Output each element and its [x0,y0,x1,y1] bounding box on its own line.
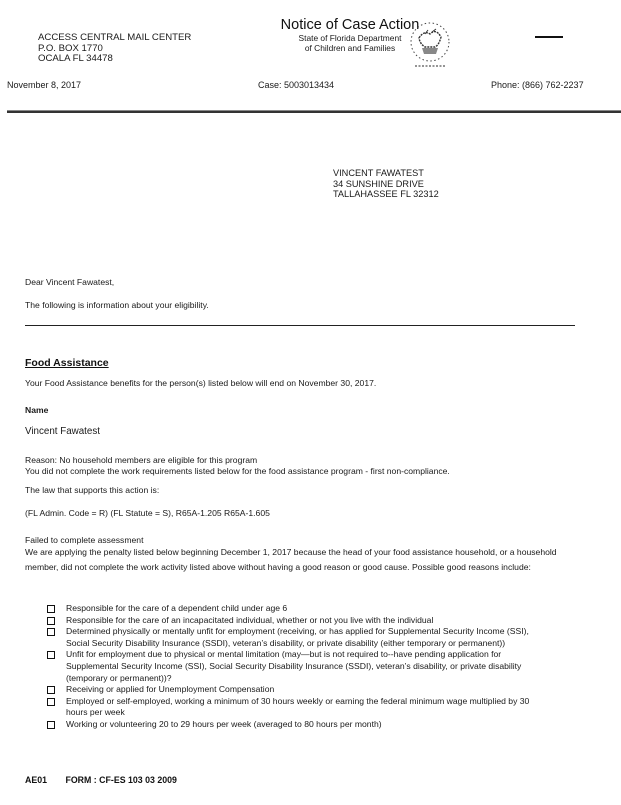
header-divider [7,110,621,113]
good-reasons-list: Responsible for the care of a dependent … [47,603,547,731]
name-label: Name [25,405,48,416]
checkbox-icon [47,698,55,706]
checkbox-icon [47,617,55,625]
recipient-line: TALLAHASSEE FL 32312 [333,189,439,200]
sender-address: ACCESS CENTRAL MAIL CENTER P.O. BOX 1770… [38,33,191,65]
list-item: Responsible for the care of a dependent … [47,603,547,615]
benefit-end-text: Your Food Assistance benefits for the pe… [25,378,376,389]
section-divider [25,325,575,326]
reason-text: Unfit for employment due to physical or … [66,649,521,682]
recipient-line: VINCENT FAWATEST [333,168,439,179]
decorative-dash [535,36,563,38]
reason-text: Receiving or applied for Unemployment Co… [66,684,274,694]
reason-text: Responsible for the care of an incapacit… [66,615,433,625]
state-seal-icon [405,20,455,72]
reason-text: Responsible for the care of a dependent … [66,603,287,613]
list-item: Receiving or applied for Unemployment Co… [47,684,547,696]
reason-text: Employed or self-employed, working a min… [66,696,529,718]
name-value: Vincent Fawatest [25,426,100,437]
sender-line: OCALA FL 34478 [38,54,191,65]
reason-detail: You did not complete the work requiremen… [25,466,450,477]
greeting: Dear Vincent Fawatest, [25,277,114,288]
penalty-text: We are applying the penalty listed below… [25,545,580,575]
recipient-line: 34 SUNSHINE DRIVE [333,179,439,190]
checkbox-icon [47,651,55,659]
list-item: Determined physically or mentally unfit … [47,626,547,649]
footer-code: AE01 [25,775,47,785]
reason-text: Determined physically or mentally unfit … [66,626,529,648]
intro-text: The following is information about your … [25,300,209,311]
list-item: Responsible for the care of an incapacit… [47,615,547,627]
checkbox-icon [47,686,55,694]
recipient-address: VINCENT FAWATEST 34 SUNSHINE DRIVE TALLA… [333,168,439,200]
list-item: Working or volunteering 20 to 29 hours p… [47,719,547,731]
section-heading-food-assistance: Food Assistance [25,357,109,369]
footer-form-number: FORM : CF-ES 103 03 2009 [65,775,176,785]
list-item: Unfit for employment due to physical or … [47,649,547,684]
checkbox-icon [47,628,55,636]
law-codes: (FL Admin. Code = R) (FL Statute = S), R… [25,508,270,519]
list-item: Employed or self-employed, working a min… [47,696,547,719]
case-number: Case: 5003013434 [258,80,334,90]
law-intro: The law that supports this action is: [25,485,159,496]
reason-text: Reason: No household members are eligibl… [25,455,257,466]
notice-date: November 8, 2017 [7,80,81,90]
reason-text: Working or volunteering 20 to 29 hours p… [66,719,382,729]
form-footer: AE01 FORM : CF-ES 103 03 2009 [25,775,193,785]
phone-number: Phone: (866) 762-2237 [491,80,584,90]
checkbox-icon [47,721,55,729]
sender-line: ACCESS CENTRAL MAIL CENTER [38,33,191,44]
checkbox-icon [47,605,55,613]
